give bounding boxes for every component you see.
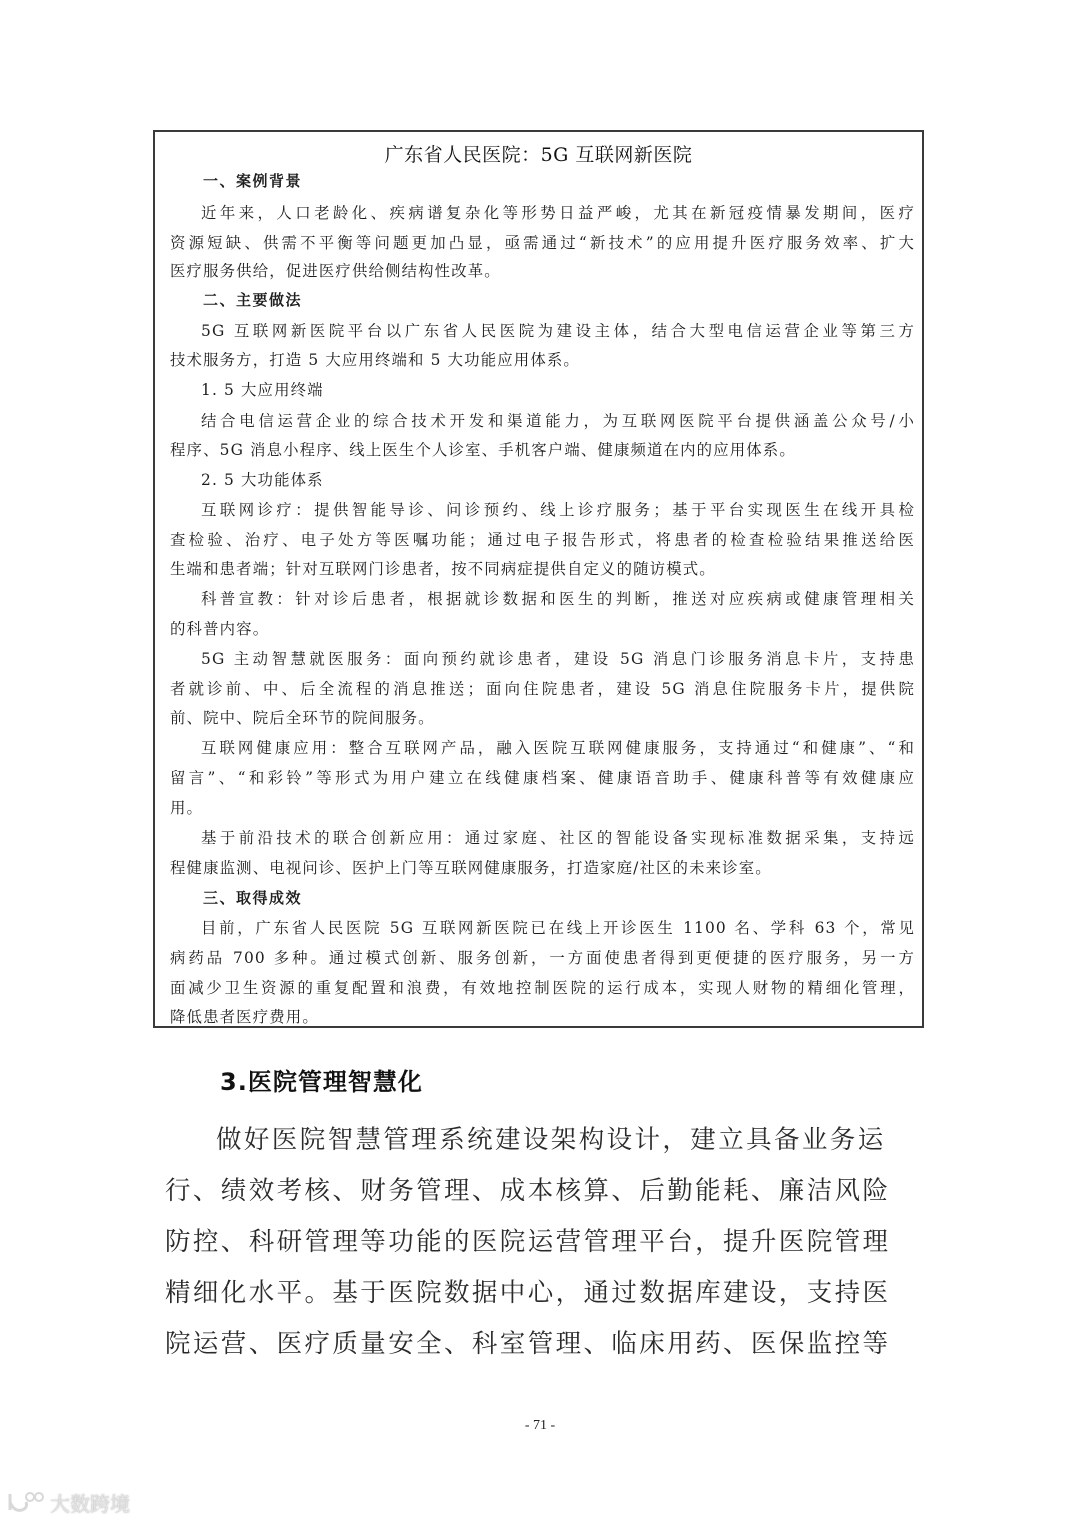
paragraph-line: 降低患者医疗费用。 bbox=[170, 1007, 915, 1027]
paragraph-line: 5G 互联网新医院平台以广东省人民医院为建设主体，结合大型电信运营企业等第三方 bbox=[201, 321, 915, 341]
paragraph-line: 查检验、治疗、电子处方等医嘱功能；通过电子报告形式，将患者的检查检验结果推送给医 bbox=[170, 530, 915, 550]
paragraph-line: 程健康监测、电视问诊、医护上门等互联网健康服务，打造家庭/社区的未来诊室。 bbox=[170, 858, 915, 878]
case-study-box: 广东省人民医院：5G 互联网新医院 一、案例背景 近年来，人口老龄化、疾病谱复杂… bbox=[153, 130, 924, 1028]
paragraph-line: 的科普内容。 bbox=[170, 619, 915, 639]
paragraph-line: 技术服务方，打造 5 大应用终端和 5 大功能应用体系。 bbox=[170, 350, 915, 370]
paragraph-line: 者就诊前、中、后全流程的消息推送；面向住院患者，建设 5G 消息住院服务卡片，提… bbox=[170, 679, 915, 699]
paragraph-line: 前、院中、院后全环节的院间服务。 bbox=[170, 708, 915, 728]
paragraph-line: 互联网健康应用：整合互联网产品，融入医院互联网健康服务，支持通过“和健康”、“和 bbox=[201, 738, 915, 758]
body-line: 做好医院智慧管理系统建设架构设计，建立具备业务运 bbox=[216, 1123, 915, 1157]
watermark-logo-icon bbox=[6, 1490, 46, 1516]
body-line: 院运营、医疗质量安全、科室管理、临床用药、医保监控等 bbox=[165, 1327, 915, 1361]
paragraph-line: 病药品 700 多种。通过模式创新、服务创新，一方面使患者得到更便捷的医疗服务，… bbox=[170, 948, 915, 968]
paragraph-line: 互联网诊疗：提供智能导诊、问诊预约、线上诊疗服务；基于平台实现医生在线开具检 bbox=[201, 500, 915, 520]
case-study-title: 广东省人民医院：5G 互联网新医院 bbox=[155, 140, 922, 167]
paragraph-line: 留言”、“和彩铃”等形式为用户建立在线健康档案、健康语音助手、健康科普等有效健康… bbox=[170, 768, 915, 788]
section-title: 3.医院管理智慧化 bbox=[220, 1062, 423, 1097]
section-heading-approach: 二、主要做法 bbox=[203, 290, 948, 310]
paragraph-line: 科普宣教：针对诊后患者，根据就诊数据和医生的判断，推送对应疾病或健康管理相关 bbox=[201, 589, 915, 609]
paragraph-line: 医疗服务供给，促进医疗供给侧结构性改革。 bbox=[170, 261, 915, 281]
paragraph-line: 程序、5G 消息小程序、线上医生个人诊室、手机客户端、健康频道在内的应用体系。 bbox=[170, 440, 915, 460]
watermark: 大数跨境 bbox=[6, 1488, 130, 1517]
paragraph-line: 基于前沿技术的联合创新应用：通过家庭、社区的智能设备实现标准数据采集，支持远 bbox=[201, 828, 915, 848]
paragraph-line: 近年来，人口老龄化、疾病谱复杂化等形势日益严峻，尤其在新冠疫情暴发期间，医疗 bbox=[201, 203, 915, 223]
section-heading-background: 一、案例背景 bbox=[203, 171, 948, 191]
paragraph-line: 面减少卫生资源的重复配置和浪费，有效地控制医院的运行成本，实现人财物的精细化管理… bbox=[170, 978, 915, 998]
paragraph-line: 用。 bbox=[170, 798, 915, 818]
subheading-functions: 2. 5 大功能体系 bbox=[201, 470, 915, 490]
body-line: 行、绩效考核、财务管理、成本核算、后勤能耗、廉洁风险 bbox=[165, 1174, 915, 1208]
paragraph-line: 5G 主动智慧就医服务：面向预约就诊患者，建设 5G 消息门诊服务消息卡片，支持… bbox=[201, 649, 915, 669]
section-heading-results: 三、取得成效 bbox=[203, 888, 948, 908]
watermark-text: 大数跨境 bbox=[50, 1488, 130, 1517]
paragraph-line: 资源短缺、供需不平衡等问题更加凸显，亟需通过“新技术”的应用提升医疗服务效率、扩… bbox=[170, 233, 915, 253]
paragraph-line: 目前，广东省人民医院 5G 互联网新医院已在线上开诊医生 1100 名、学科 6… bbox=[201, 918, 915, 938]
body-line: 防控、科研管理等功能的医院运营管理平台，提升医院管理 bbox=[165, 1225, 915, 1259]
subheading-terminals: 1. 5 大应用终端 bbox=[201, 380, 915, 400]
paragraph-line: 生端和患者端；针对互联网门诊患者，按不同病症提供自定义的随访模式。 bbox=[170, 559, 915, 579]
body-line: 精细化水平。基于医院数据中心，通过数据库建设，支持医 bbox=[165, 1276, 915, 1310]
page-number: - 71 - bbox=[0, 1418, 1080, 1434]
paragraph-line: 结合电信运营企业的综合技术开发和渠道能力，为互联网医院平台提供涵盖公众号/小 bbox=[201, 411, 915, 431]
